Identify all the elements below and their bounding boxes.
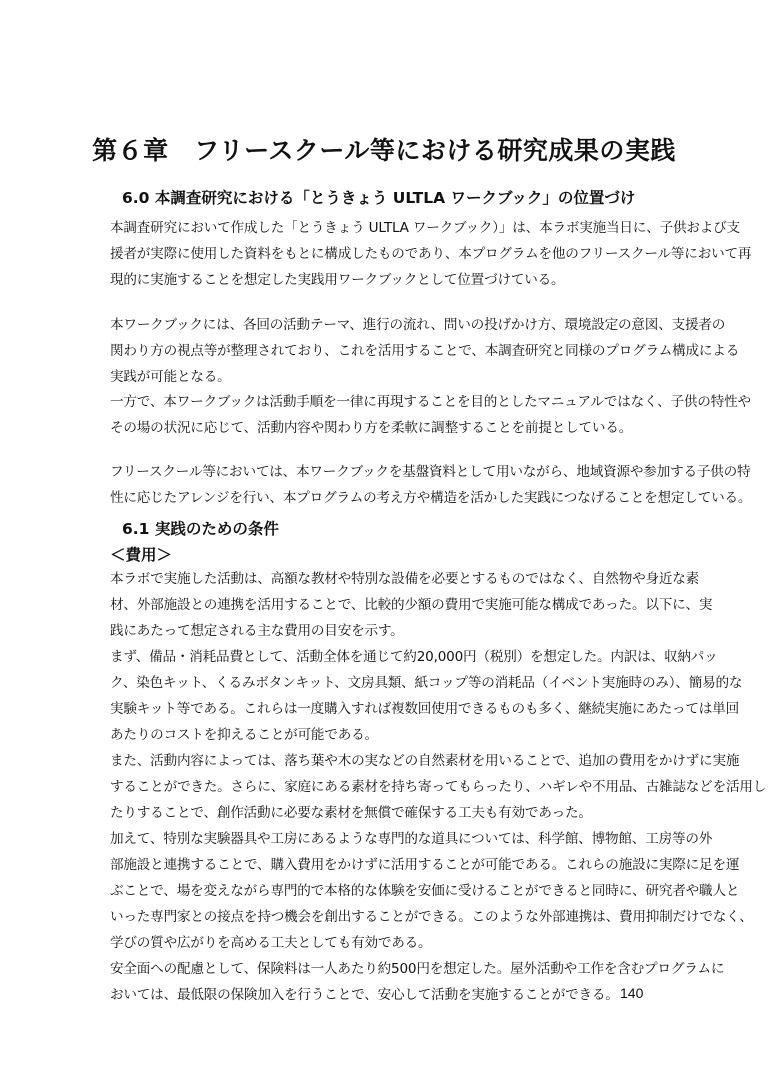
body-line: 践にあたって想定される主な費用の目安を示す。 bbox=[110, 622, 404, 640]
body-line: 材、外部施設との連携を活用することで、比較的少額の費用で実施可能な構成であった。… bbox=[110, 596, 712, 614]
body-line: することができた。さらに、家庭にある素材を持ち寄ってもらったり、ハギレや不用品、… bbox=[110, 778, 766, 796]
subheading-cost: ＜費用＞ bbox=[110, 543, 172, 565]
body-line: まず、備品・消耗品費として、活動全体を通じて約20,000円（税別）を想定した。… bbox=[110, 648, 718, 666]
body-line: あたりのコストを抑えることが可能である。 bbox=[110, 726, 378, 744]
body-line: ぶことで、場を変えながら専門的で本格的な体験を安価に受けることができると同時に、… bbox=[110, 882, 739, 900]
section-heading-6-1: 6.1 実践のための条件 bbox=[122, 517, 279, 539]
body-line: 本ラボで実施した活動は、高額な教材や特別な設備を必要とするものではなく、自然物や… bbox=[110, 570, 699, 588]
body-line: 本調査研究において作成した「とうきょう ULTLA ワークブック）」は、本ラボ実… bbox=[110, 219, 740, 237]
body-line: たりすることで、創作活動に必要な素材を無償で確保する工夫も有効であった。 bbox=[110, 804, 592, 822]
body-line: ク、染色キット、くるみボタンキット、文房具類、紙コップ等の消耗品（イベント実施時… bbox=[110, 674, 742, 692]
body-line: 安全面への配慮として、保険料は一人あたり約500円を想定した。屋外活動や工作を含… bbox=[110, 960, 724, 978]
body-line: 関わり方の視点等が整理されており、これを活用することで、本調査研究と同様のプログ… bbox=[110, 342, 739, 360]
body-line: 性に応じたアレンジを行い、本プログラムの考え方や構造を活かした実践につなげること… bbox=[110, 489, 751, 507]
body-line: 部施設と連携することで、購入費用をかけずに活用することが可能である。これらの施設… bbox=[110, 856, 739, 874]
body-line: フリースクール等においては、本ワークブックを基盤資料として用いながら、地域資源や… bbox=[110, 463, 750, 481]
body-line: 実験キット等である。これらは一度購入すれば複数回使用できるものも多く、継続実施に… bbox=[110, 700, 739, 718]
body-line: その場の状況に応じて、活動内容や関わり方を柔軟に調整することを前提としている。 bbox=[110, 419, 632, 437]
body-line: 学びの質や広がりを高める工夫としても有効である。 bbox=[110, 934, 431, 952]
section-heading-6-0: 6.0 本調査研究における「とうきょう ULTLA ワークブック」の位置づけ bbox=[122, 186, 635, 208]
body-line: おいては、最低限の保険加入を行うことで、安心して活動を実施することができる。 bbox=[110, 986, 619, 1004]
body-line: 加えて、特別な実験器具や工房にあるような専門的な道具については、科学館、博物館、… bbox=[110, 830, 712, 848]
body-line: 本ワークブックには、各回の活動テーマ、進行の流れ、問いの投げかけ方、環境設定の意… bbox=[110, 316, 725, 334]
body-line: いった専門家との接点を持つ機会を創出することができる。このような外部連携は、費用… bbox=[110, 908, 753, 926]
body-line: 実践が可能となる。 bbox=[110, 368, 231, 386]
page-number: 140 bbox=[620, 985, 643, 1001]
chapter-title: 第６章 フリースクール等における研究成果の実践 bbox=[0, 131, 768, 167]
body-line: 一方で、本ワークブックは活動手順を一律に再現することを目的としたマニュアルではな… bbox=[110, 393, 751, 411]
document-page: 第６章 フリースクール等における研究成果の実践 6.0 本調査研究における「とう… bbox=[0, 0, 768, 1087]
body-line: 現的に実施することを想定した実践用ワークブックとして位置づけている。 bbox=[110, 271, 564, 289]
body-line: また、活動内容によっては、落ち葉や木の実などの自然素材を用いることで、追加の費用… bbox=[110, 752, 739, 770]
body-line: 援者が実際に使用した資料をもとに構成したものであり、本プログラムを他のフリースク… bbox=[110, 245, 751, 263]
